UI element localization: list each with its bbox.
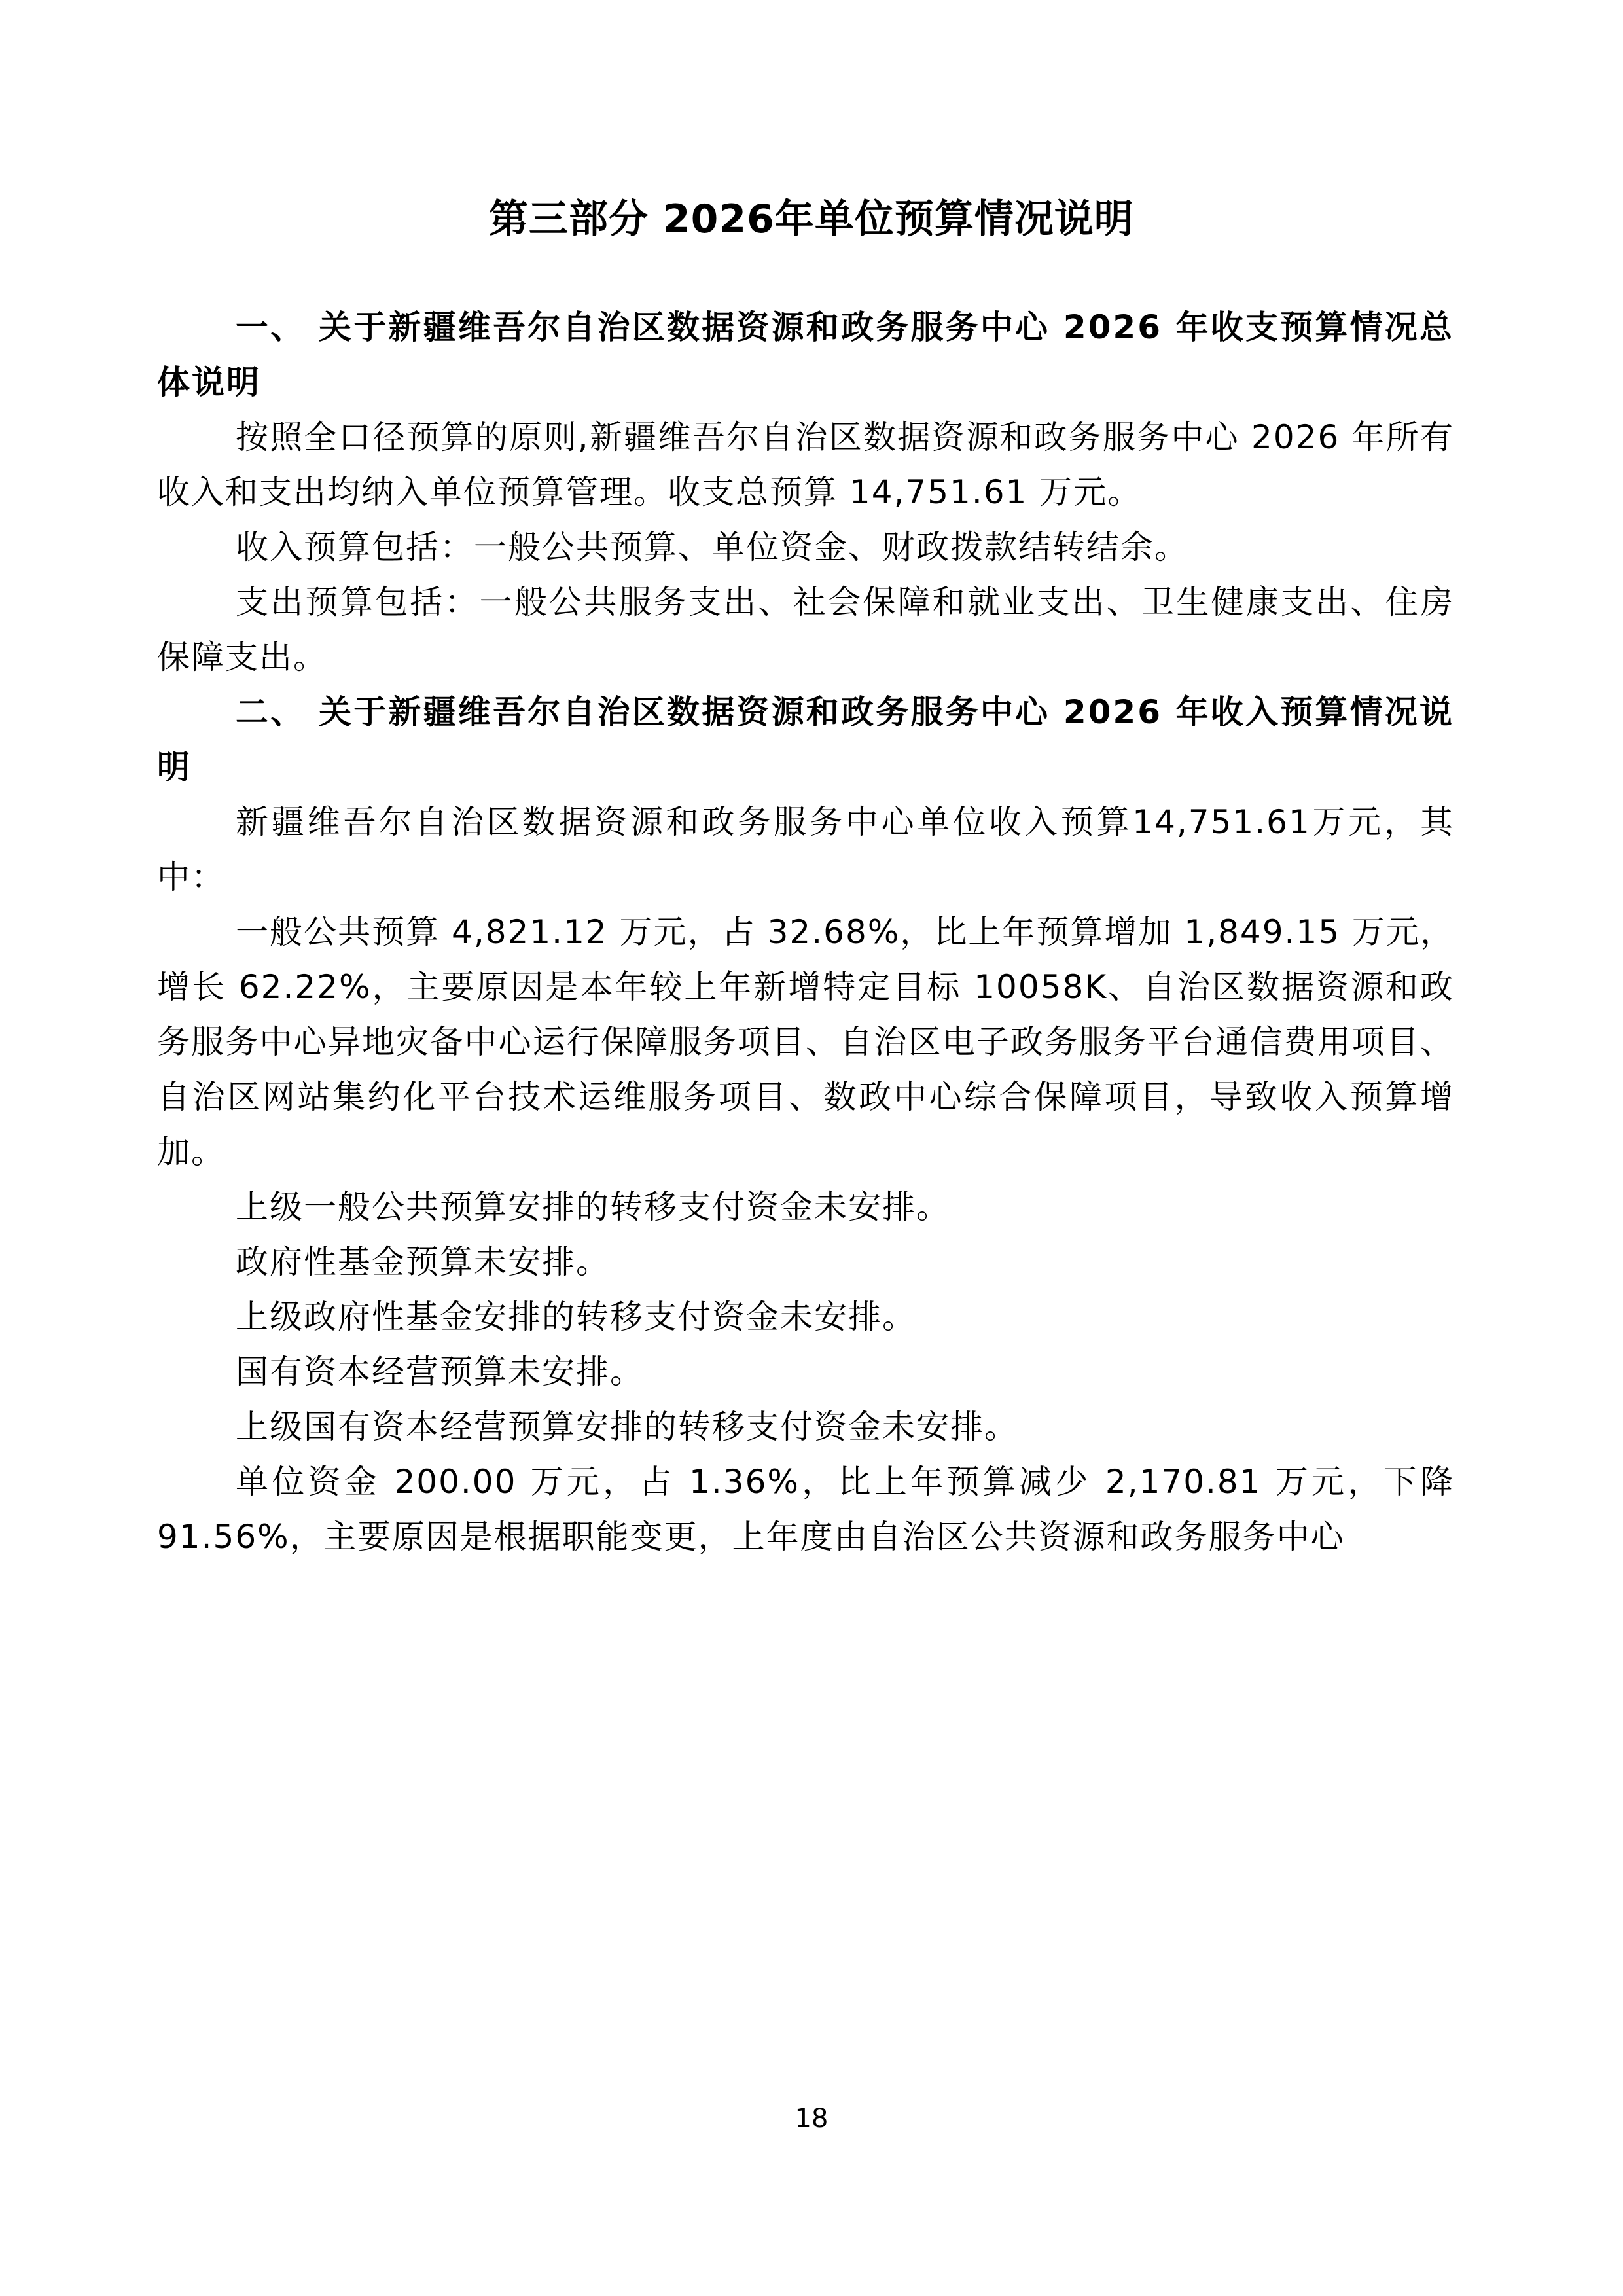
document-body: 一、 关于新疆维吾尔自治区数据资源和政务服务中心 2026 年收支预算情况总体说… xyxy=(157,300,1454,1564)
document-page: 第三部分 2026年单位预算情况说明 一、 关于新疆维吾尔自治区数据资源和政务服… xyxy=(0,0,1623,2296)
section-heading-2: 二、 关于新疆维吾尔自治区数据资源和政务服务中心 2026 年收入预算情况说明 xyxy=(157,685,1454,795)
paragraph-upper-transfer-capital: 上级国有资本经营预算安排的转移支付资金未安排。 xyxy=(157,1399,1454,1454)
paragraph-overall-budget: 按照全口径预算的原则,新疆维吾尔自治区数据资源和政务服务中心 2026 年所有收… xyxy=(157,410,1454,520)
paragraph-income-scope: 收入预算包括：一般公共预算、单位资金、财政拨款结转结余。 xyxy=(157,520,1454,575)
paragraph-upper-transfer-fund: 上级政府性基金安排的转移支付资金未安排。 xyxy=(157,1289,1454,1344)
paragraph-upper-transfer-general: 上级一般公共预算安排的转移支付资金未安排。 xyxy=(157,1179,1454,1234)
paragraph-state-capital: 国有资本经营预算未安排。 xyxy=(157,1344,1454,1399)
page-title: 第三部分 2026年单位预算情况说明 xyxy=(0,190,1623,249)
page-number: 18 xyxy=(0,2102,1623,2135)
paragraph-unit-funds: 单位资金 200.00 万元，占 1.36%，比上年预算减少 2,170.81 … xyxy=(157,1454,1454,1564)
paragraph-income-total: 新疆维吾尔自治区数据资源和政务服务中心单位收入预算14,751.61万元，其中： xyxy=(157,795,1454,905)
paragraph-general-public-budget: 一般公共预算 4,821.12 万元，占 32.68%，比上年预算增加 1,84… xyxy=(157,905,1454,1179)
paragraph-government-fund: 政府性基金预算未安排。 xyxy=(157,1234,1454,1289)
paragraph-expenditure-scope: 支出预算包括：一般公共服务支出、社会保障和就业支出、卫生健康支出、住房保障支出。 xyxy=(157,575,1454,685)
section-heading-1: 一、 关于新疆维吾尔自治区数据资源和政务服务中心 2026 年收支预算情况总体说… xyxy=(157,300,1454,410)
